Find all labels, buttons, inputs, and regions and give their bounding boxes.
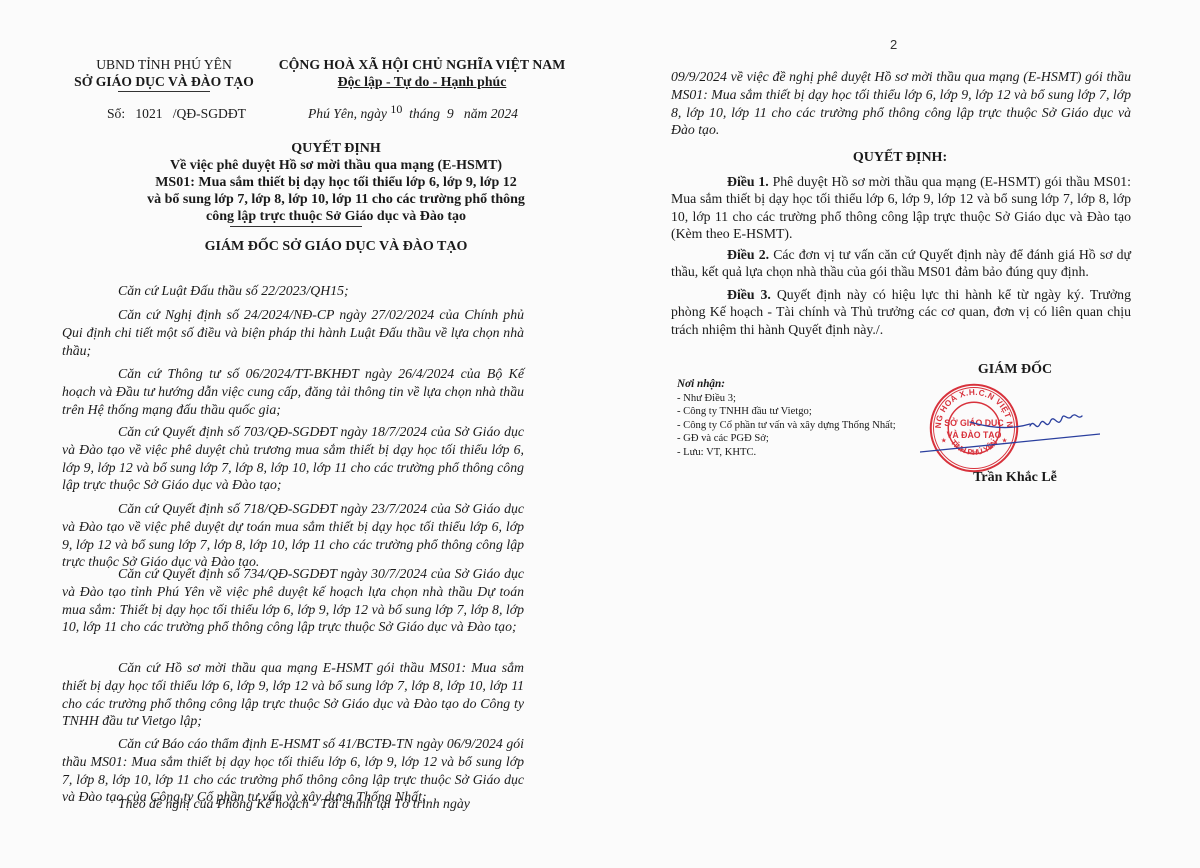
signature-icon (920, 400, 1100, 460)
document-date: Phú Yên, ngày 10 tháng 9 năm 2024 (308, 106, 518, 122)
decision-heading: QUYẾT ĐỊNH: (670, 150, 1130, 166)
legal-basis: Theo đề nghị của Phòng Kế hoạch - Tài ch… (62, 795, 524, 813)
national-header: CỘNG HOÀ XÃ HỘI CHỦ NGHĨA VIỆT NAM Độc l… (272, 56, 572, 90)
date-day: 10 (390, 102, 402, 116)
recipients-list: Nơi nhận: - Như Điều 3; - Công ty TNHH đ… (677, 378, 896, 460)
recipient-item: - Như Điều 3; (677, 392, 896, 406)
recipient-item: - Công ty TNHH đầu tư Vietgo; (677, 405, 896, 419)
doc-number-value: 1021 (135, 106, 162, 121)
article-label: Điều 2. (727, 247, 769, 262)
subject-line: MS01: Mua sắm thiết bị dạy học tối thiểu… (86, 174, 586, 191)
doc-number-label: Số: (107, 106, 125, 121)
legal-basis: Căn cứ Quyết định số 734/QĐ-SGDĐT ngày 3… (62, 565, 524, 636)
agency-underline (118, 91, 210, 92)
signer-title: GIÁM ĐỐC (955, 362, 1075, 378)
legal-basis: Căn cứ Luật Đấu thầu số 22/2023/QH15; (62, 282, 524, 300)
continuation-paragraph: 09/9/2024 về việc đề nghị phê duyệt Hồ s… (671, 68, 1131, 139)
date-month: 9 (447, 106, 454, 121)
article-3: Điều 3. Quyết định này có hiệu lực thi h… (671, 286, 1131, 338)
issuer-title: GIÁM ĐỐC SỞ GIÁO DỤC VÀ ĐÀO TẠO (86, 239, 586, 255)
article-2: Điều 2. Các đơn vị tư vấn căn cứ Quyết đ… (671, 246, 1131, 281)
document-type: QUYẾT ĐỊNH (86, 140, 586, 157)
month-label: tháng (409, 106, 440, 121)
subject-line: công lập trực thuộc Sở Giáo dục và Đào t… (86, 208, 586, 225)
page-number: 2 (890, 37, 897, 52)
decision-title: QUYẾT ĐỊNH Về việc phê duyệt Hồ sơ mời t… (86, 140, 586, 227)
recipient-item: - Công ty Cổ phần tư vấn và xây dựng Thố… (677, 419, 896, 433)
article-label: Điều 3. (727, 287, 771, 302)
legal-basis: Căn cứ Quyết định số 718/QĐ-SGDĐT ngày 2… (62, 500, 524, 571)
issuing-agency: UBND TỈNH PHÚ YÊN SỞ GIÁO DỤC VÀ ĐÀO TẠO (66, 56, 262, 92)
legal-basis: Căn cứ Nghị định số 24/2024/NĐ-CP ngày 2… (62, 306, 524, 359)
recipients-title: Nơi nhận: (677, 378, 896, 392)
agency-parent: UBND TỈNH PHÚ YÊN (66, 56, 262, 73)
legal-basis: Căn cứ Quyết định số 703/QĐ-SGDĐT ngày 1… (62, 423, 524, 494)
national-motto: Độc lập - Tự do - Hạnh phúc (338, 74, 507, 89)
article-1: Điều 1. Phê duyệt Hồ sơ mời thầu qua mạn… (671, 173, 1131, 243)
doc-code: /QĐ-SGDĐT (173, 106, 246, 121)
signer-name: Trần Khắc Lễ (950, 470, 1080, 486)
subject-line: và bổ sung lớp 7, lớp 8, lớp 10, lớp 11 … (86, 191, 586, 208)
document-number: Số: 1021 /QĐ-SGDĐT (107, 106, 246, 122)
page-1: UBND TỈNH PHÚ YÊN SỞ GIÁO DỤC VÀ ĐÀO TẠO… (0, 0, 600, 868)
date-year: 2024 (491, 106, 518, 121)
year-label: năm (464, 106, 487, 121)
date-prefix: Phú Yên, ngày (308, 106, 387, 121)
legal-basis: Căn cứ Thông tư số 06/2024/TT-BKHĐT ngày… (62, 365, 524, 418)
agency-name: SỞ GIÁO DỤC VÀ ĐÀO TẠO (66, 73, 262, 90)
legal-basis: Căn cứ Hồ sơ mời thầu qua mạng E-HSMT gó… (62, 659, 524, 730)
recipient-item: - Lưu: VT, KHTC. (677, 446, 896, 460)
nation-name: CỘNG HOÀ XÃ HỘI CHỦ NGHĨA VIỆT NAM (272, 56, 572, 73)
title-underline (230, 226, 362, 227)
recipient-item: - GĐ và các PGĐ Sở; (677, 432, 896, 446)
article-label: Điều 1. (727, 174, 769, 189)
subject-line: Về việc phê duyệt Hồ sơ mời thầu qua mạn… (86, 157, 586, 174)
